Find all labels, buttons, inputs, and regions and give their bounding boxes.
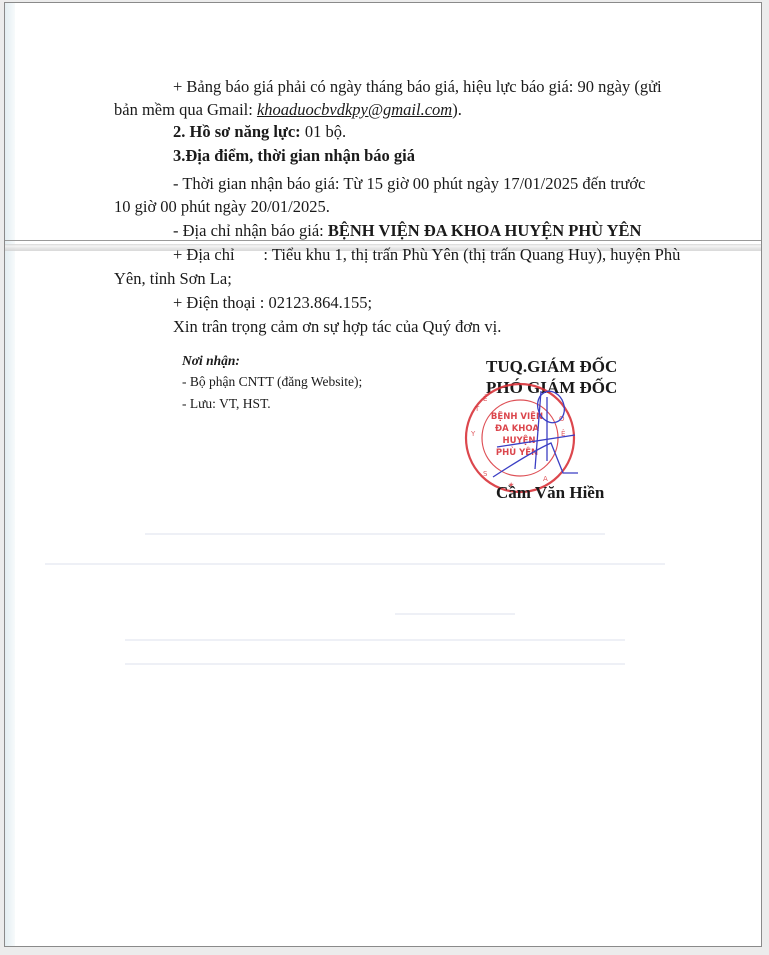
- svg-text:ĐA KHOA: ĐA KHOA: [495, 424, 539, 434]
- quote-validity-suffix: ).: [452, 100, 462, 119]
- scan-edge: [5, 3, 15, 946]
- svg-text:S: S: [483, 470, 488, 478]
- address-line-1: + Địa chỉ : Tiểu khu 1, thị trấn Phù Yên…: [173, 245, 680, 265]
- address-label: - Địa chỉ nhận báo giá:: [173, 221, 328, 240]
- quote-validity-line-2: bản mềm qua Gmail: khoaduocbvdkpy@gmail.…: [114, 100, 462, 120]
- signature-title-1: TUQ.GIÁM ĐỐC: [486, 357, 617, 377]
- svg-text:T: T: [474, 405, 480, 413]
- section-2-value: 01 bộ.: [301, 122, 346, 141]
- hospital-name: BỆNH VIỆN ĐA KHOA HUYỆN PHÙ YÊN: [328, 221, 642, 240]
- svg-text:A: A: [543, 475, 548, 483]
- time-line-1: - Thời gian nhận báo giá: Từ 15 giờ 00 p…: [173, 174, 645, 194]
- svg-text:Ế: Ế: [483, 393, 488, 403]
- section-2-label: 2. Hồ sơ năng lực:: [173, 122, 301, 141]
- svg-text:Y: Y: [470, 430, 476, 438]
- svg-text:PHÙ YÊN: PHÙ YÊN: [496, 446, 538, 458]
- time-line-2: 10 giờ 00 phút ngày 20/01/2025.: [114, 197, 330, 217]
- svg-text:BỆNH VIỆN: BỆNH VIỆN: [491, 411, 543, 422]
- svg-text:HUYỆN: HUYỆN: [502, 435, 535, 446]
- phone-line: + Điện thoại : 02123.864.155;: [173, 293, 372, 313]
- quote-validity-prefix: bản mềm qua Gmail:: [114, 100, 257, 119]
- address-line-2: Yên, tỉnh Sơn La;: [114, 269, 232, 289]
- official-stamp-icon: BỆNH VIỆN ĐA KHOA HUYỆN PHÙ YÊN TẾY S★A …: [463, 381, 578, 496]
- signer-name: Cầm Văn Hiền: [496, 483, 604, 503]
- section-2: 2. Hồ sơ năng lực: 01 bộ.: [173, 122, 346, 142]
- quote-validity-line-1: + Bảng báo giá phải có ngày tháng báo gi…: [173, 77, 662, 97]
- recipient-item: - Bộ phận CNTT (đăng Website);: [182, 372, 362, 392]
- document-page: + Bảng báo giá phải có ngày tháng báo gi…: [4, 2, 762, 947]
- recipient-item: - Lưu: VT, HST.: [182, 394, 271, 414]
- email-link[interactable]: khoaduocbvdkpy@gmail.com: [257, 100, 452, 119]
- section-3-heading: 3.Địa điểm, thời gian nhận báo giá: [173, 146, 415, 166]
- thanks-line: Xin trân trọng cảm ơn sự hợp tác của Quý…: [173, 317, 501, 337]
- svg-text:O: O: [559, 415, 565, 423]
- recipients-heading: Nơi nhận:: [182, 351, 240, 371]
- address-receive: - Địa chỉ nhận báo giá: BỆNH VIỆN ĐA KHO…: [173, 221, 641, 241]
